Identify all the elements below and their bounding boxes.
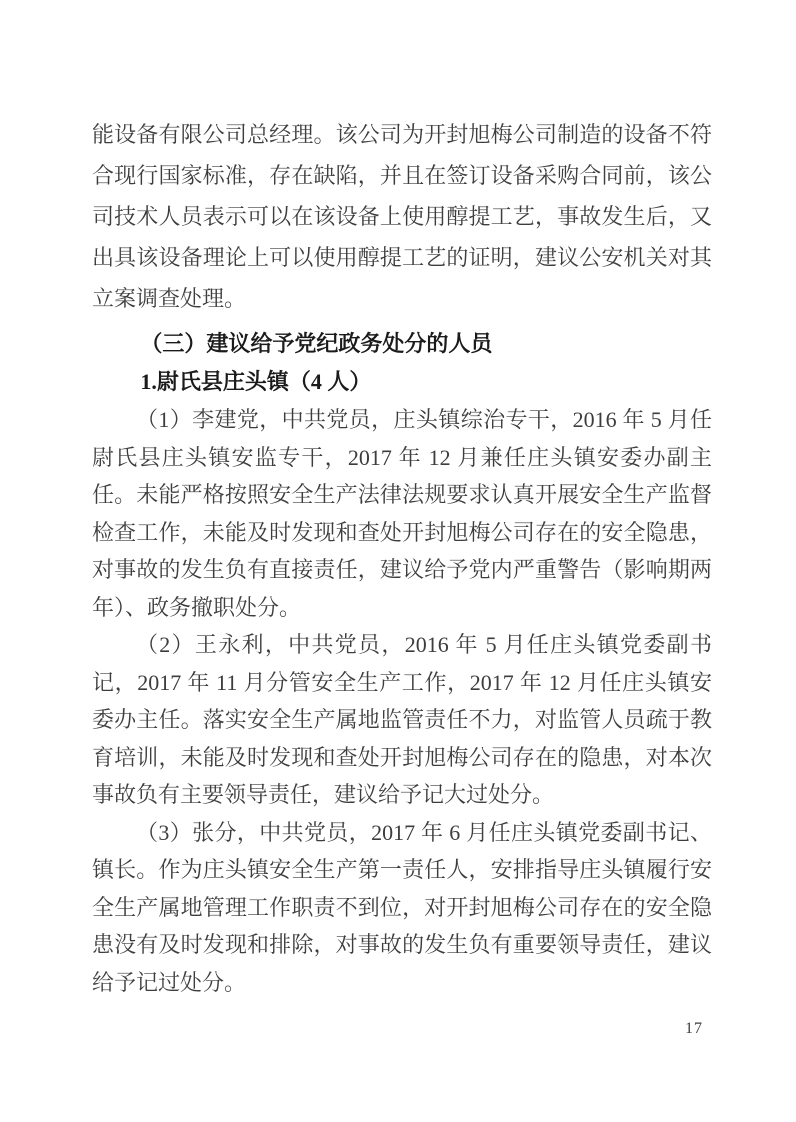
continuation-paragraph: 能设备有限公司总经理。该公司为开封旭梅公司制造的设备不符合现行国家标准，存在缺陷…: [92, 114, 712, 319]
document-content: 能设备有限公司总经理。该公司为开封旭梅公司制造的设备不符合现行国家标准，存在缺陷…: [92, 114, 712, 1001]
disciplinary-item-paragraph: （2）王永利，中共党员，2016 年 5 月任庄头镇党委副书记，2017 年 1…: [92, 626, 712, 814]
disciplinary-item-paragraph: （1）李建党，中共党员，庄头镇综治专干，2016 年 5 月任尉氏县庄头镇安监专…: [92, 401, 712, 626]
section-heading: （三）建议给予党纪政务处分的人员: [92, 325, 712, 363]
disciplinary-item-paragraph: （3）张分，中共党员，2017 年 6 月任庄头镇党委副书记、镇长。作为庄头镇安…: [92, 814, 712, 1002]
page-number: 17: [685, 1020, 703, 1038]
subsection-heading: 1.尉氏县庄头镇（4 人）: [92, 363, 712, 401]
document-page: 能设备有限公司总经理。该公司为开封旭梅公司制造的设备不符合现行国家标准，存在缺陷…: [0, 0, 796, 1122]
